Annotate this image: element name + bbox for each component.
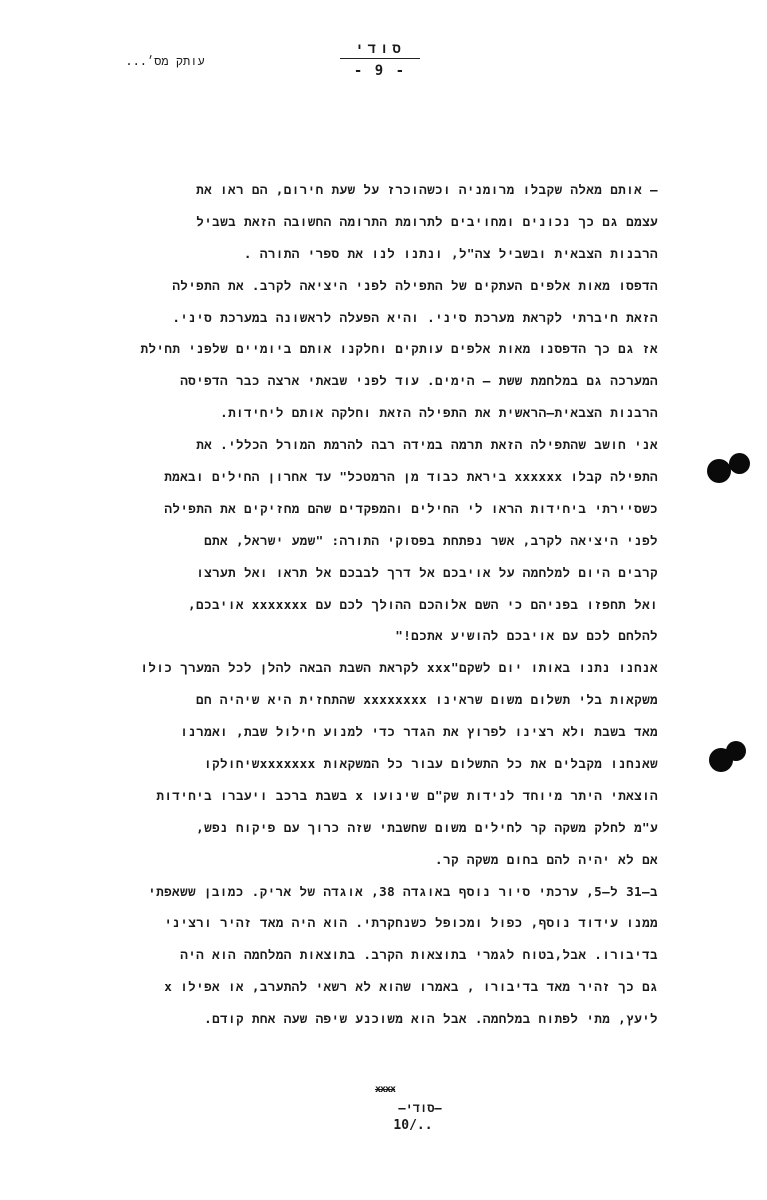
- text-line: עצמם גם כך נכונים ומחויבים לתרומת התרומה…: [118, 206, 658, 238]
- copy-number-label: עותק מס׳...: [100, 52, 230, 70]
- punch-hole-mark: [726, 741, 746, 761]
- text-line: הדפסו מאות אלפים העתקים של התפילה לפני ה…: [118, 270, 658, 302]
- text-line: ואל תחפזו בפניהם כי השם אלוהכם ההולך לכם…: [118, 589, 658, 621]
- text-line: – אותם מאלה שקבלו מרומניה וכשהוכרז על שע…: [118, 174, 658, 206]
- text-line: ע"מ לחלק משקה קר לחילים משום שחשבתי שזה …: [118, 812, 658, 844]
- crossed-out-text: xxxx: [360, 1084, 410, 1096]
- text-line: אם לא יהיה להם בחום משקה קר.: [118, 844, 658, 876]
- body-text: – אותם מאלה שקבלו מרומניה וכשהוכרז על שע…: [118, 174, 658, 1035]
- text-line: משקאות בלי תשלום משום שראינו xxxxxxxx שה…: [118, 684, 658, 716]
- text-line: להלחם לכם עם אויבכם להושיע אתכם!": [118, 620, 658, 652]
- document-page: סודי - 9 - עותק מס׳... – אותם מאלה שקבלו…: [0, 0, 767, 1200]
- text-line: התפילה קבלו xxxxxx ביראת כבוד מן הרמטכל"…: [118, 461, 658, 493]
- page-number: - 9 -: [340, 62, 420, 80]
- text-line: אז גם כך הדפסנו מאות אלפים עותקים וחלקנו…: [118, 333, 658, 365]
- text-line: הוצאתי היתר מיוחד לנידות שק"ם שינועו x ב…: [118, 780, 658, 812]
- text-line: כשסיירתי ביחידות הראו לי החילים והמפקדים…: [118, 493, 658, 525]
- text-line: שאנחנו מקבלים את כל התשלום עבור כל המשקא…: [118, 748, 658, 780]
- text-line: בדיבורו. אבל,בטוח לגמרי בתוצאות הקרב. בת…: [118, 939, 658, 971]
- punch-hole-mark: [707, 459, 731, 483]
- classification-footer: –סודי–: [390, 1100, 450, 1116]
- text-line: הרבנות הצבאית–הראשית את התפילה הזאת וחלק…: [118, 397, 658, 429]
- text-line: מאד בשבת ולא רצינו לפרוץ את הגדר כדי למנ…: [118, 716, 658, 748]
- text-line: גם כך זהיר מאד בדיבורו , באמרו שהוא לא ר…: [118, 971, 658, 1003]
- text-line: ליעץ, מתי לפתוח במלחמה. אבל הוא משוכנע ש…: [118, 1003, 658, 1035]
- punch-hole-mark: [729, 453, 750, 474]
- next-page-marker: 10/..: [388, 1118, 438, 1134]
- text-line: ממנו עידוד נוסף, כפול ומכופל כשנחקרתי. ה…: [118, 907, 658, 939]
- text-line: אני חושב שהתפילה הזאת תרמה במידה רבה להר…: [118, 429, 658, 461]
- text-line: המערכה גם במלחמת ששת – הימים. עוד לפני ש…: [118, 365, 658, 397]
- text-line: ב–31 ל–5, ערכתי סיור נוסף באוגדה 38, אוג…: [118, 876, 658, 908]
- text-line: הזאת חיברתי לקראת מערכת סיני. והיא הפעלה…: [118, 302, 658, 334]
- text-line: לפני היציאה לקרב, אשר נפתחת בפסוקי התורה…: [118, 525, 658, 557]
- text-line: קרבים היום למלחמה על אויבכם אל דרך לבבכם…: [118, 557, 658, 589]
- text-line: הרבנות הצבאית ובשביל צה"ל, ונתנו לנו את …: [118, 238, 658, 270]
- text-line: אנחנו נתנו באותו יום לשקם"xxx לקראת השבת…: [118, 652, 658, 684]
- classification-header: סודי: [340, 40, 420, 59]
